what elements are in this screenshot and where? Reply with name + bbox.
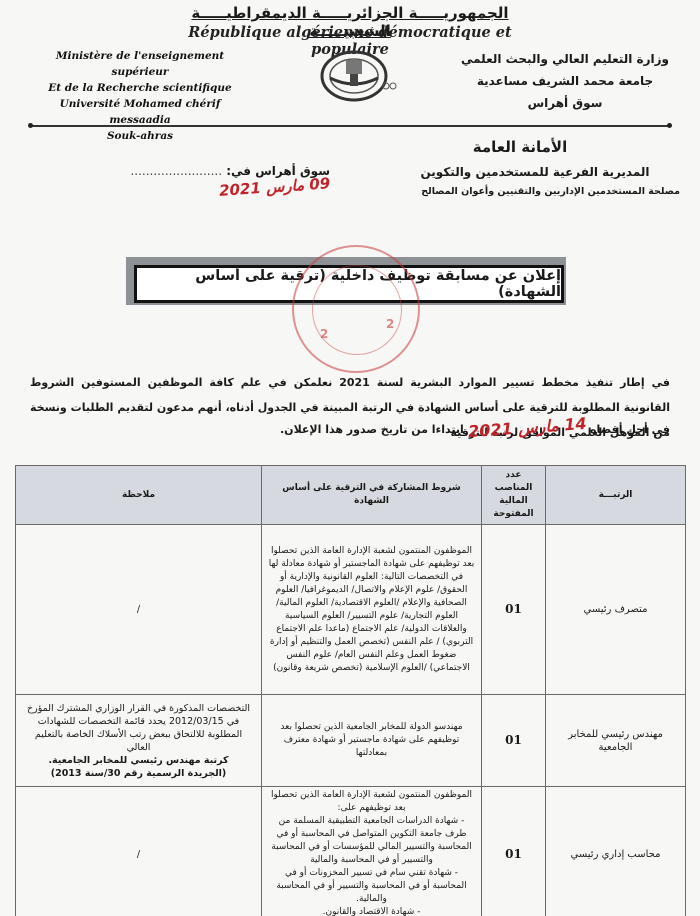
conditions-line: - شهادة تقني سام في تسيير المخزونات أو ف…	[268, 867, 475, 906]
table-row: محاسب إداري رئيسي 01 الموظفون المنتمون ل…	[16, 787, 686, 916]
table-header-row: الرتبـــة عدد المناصب المالية المفتوحة ش…	[16, 466, 686, 525]
city-line: سوق أهراس	[460, 92, 670, 114]
place-date-line: سوق أهراس في: ........................ 0…	[30, 164, 330, 196]
conditions-line: - شهادة الاقتصاد والقانون.	[268, 906, 475, 916]
university-line: جامعة محمد الشريف مساعدية	[460, 70, 670, 92]
header-rank: الرتبـــة	[546, 466, 686, 525]
ministry-line: وزارة التعليم العالي والبحث العلمي	[460, 48, 670, 70]
positions-cell: 01	[482, 695, 546, 787]
notes-bold-text: كرتبة مهندس رئيسي للمخابر الجامعية.	[48, 755, 228, 766]
rank-cell: متصرف رئيسي	[546, 525, 686, 695]
header-notes: ملاحظة	[16, 466, 262, 525]
header-conditions: شروط المشاركة في الترقية على أساس الشهاد…	[262, 466, 482, 525]
ministry-line: Et de la Recherche scientifique	[30, 80, 250, 96]
university-line: Université Mohamed chérif messaadia	[30, 96, 250, 128]
notes-cell: /	[16, 525, 262, 695]
positions-table: الرتبـــة عدد المناصب المالية المفتوحة ش…	[15, 465, 686, 916]
ministry-block-french: Ministère de l'enseignement supérieur Et…	[30, 48, 250, 144]
stamp-mark: 2	[320, 327, 328, 341]
notes-reference: (الجريدة الرسمية رقم 30/سنة 2013)	[51, 768, 227, 779]
positions-cell: 01	[482, 525, 546, 695]
official-stamp-icon: 2 2	[292, 245, 420, 373]
header-positions: عدد المناصب المالية المفتوحة	[482, 466, 546, 525]
ministry-line: Ministère de l'enseignement supérieur	[30, 48, 250, 80]
conditions-cell: الموظفون المنتمون لشعبة الإدارة العامة ا…	[262, 787, 482, 916]
date-stamp: 09 مارس 2021	[218, 174, 330, 200]
date-dots: ........................	[130, 164, 222, 178]
deadline-prefix: في أجل أقصاه	[590, 423, 670, 436]
conditions-cell: الموظفون المنتمون لشعبة الإدارة العامة ا…	[262, 525, 482, 695]
deadline-suffix: ابتداءا من تاريخ صدور هذا الإعلان.	[280, 423, 464, 436]
stamp-inner-ring	[312, 265, 402, 355]
city-line: Souk-ahras	[30, 128, 250, 144]
positions-cell: 01	[482, 787, 546, 916]
ministry-block-arabic: وزارة التعليم العالي والبحث العلمي جامعة…	[460, 48, 670, 114]
notes-cell: /	[16, 787, 262, 916]
conditions-line: الموظفون المنتمون لشعبة الإدارة العامة ا…	[268, 789, 475, 815]
notes-cell: التخصصات المذكورة في القرار الوزاري المش…	[16, 695, 262, 787]
header-divider	[30, 125, 670, 127]
table-row: مهندس رئيسي للمخابر الجامعية 01 مهندسو ا…	[16, 695, 686, 787]
sub-directorate: المديرية الفرعية للمستخدمين والتكوين	[390, 165, 680, 179]
rank-cell: محاسب إداري رئيسي	[546, 787, 686, 916]
service-name: مصلحة المستخدمين الإداريين والتقنيين وأع…	[370, 186, 680, 197]
table-row: متصرف رئيسي 01 الموظفون المنتمون لشعبة ا…	[16, 525, 686, 695]
university-seal-icon	[312, 50, 402, 102]
deadline-line: في أجل أقصاه 14 مارس 2021 ابتداءا من تار…	[250, 418, 670, 437]
conditions-line: - شهادة الدراسات الجامعية التطبيقية المس…	[268, 815, 475, 867]
stamp-mark: 2	[386, 317, 394, 331]
conditions-cell: مهندسو الدولة للمخابر الجامعية الذين تحص…	[262, 695, 482, 787]
general-secretariat-title: الأمانة العامة	[420, 138, 620, 156]
rank-cell: مهندس رئيسي للمخابر الجامعية	[546, 695, 686, 787]
notes-text: التخصصات المذكورة في القرار الوزاري المش…	[22, 702, 255, 754]
